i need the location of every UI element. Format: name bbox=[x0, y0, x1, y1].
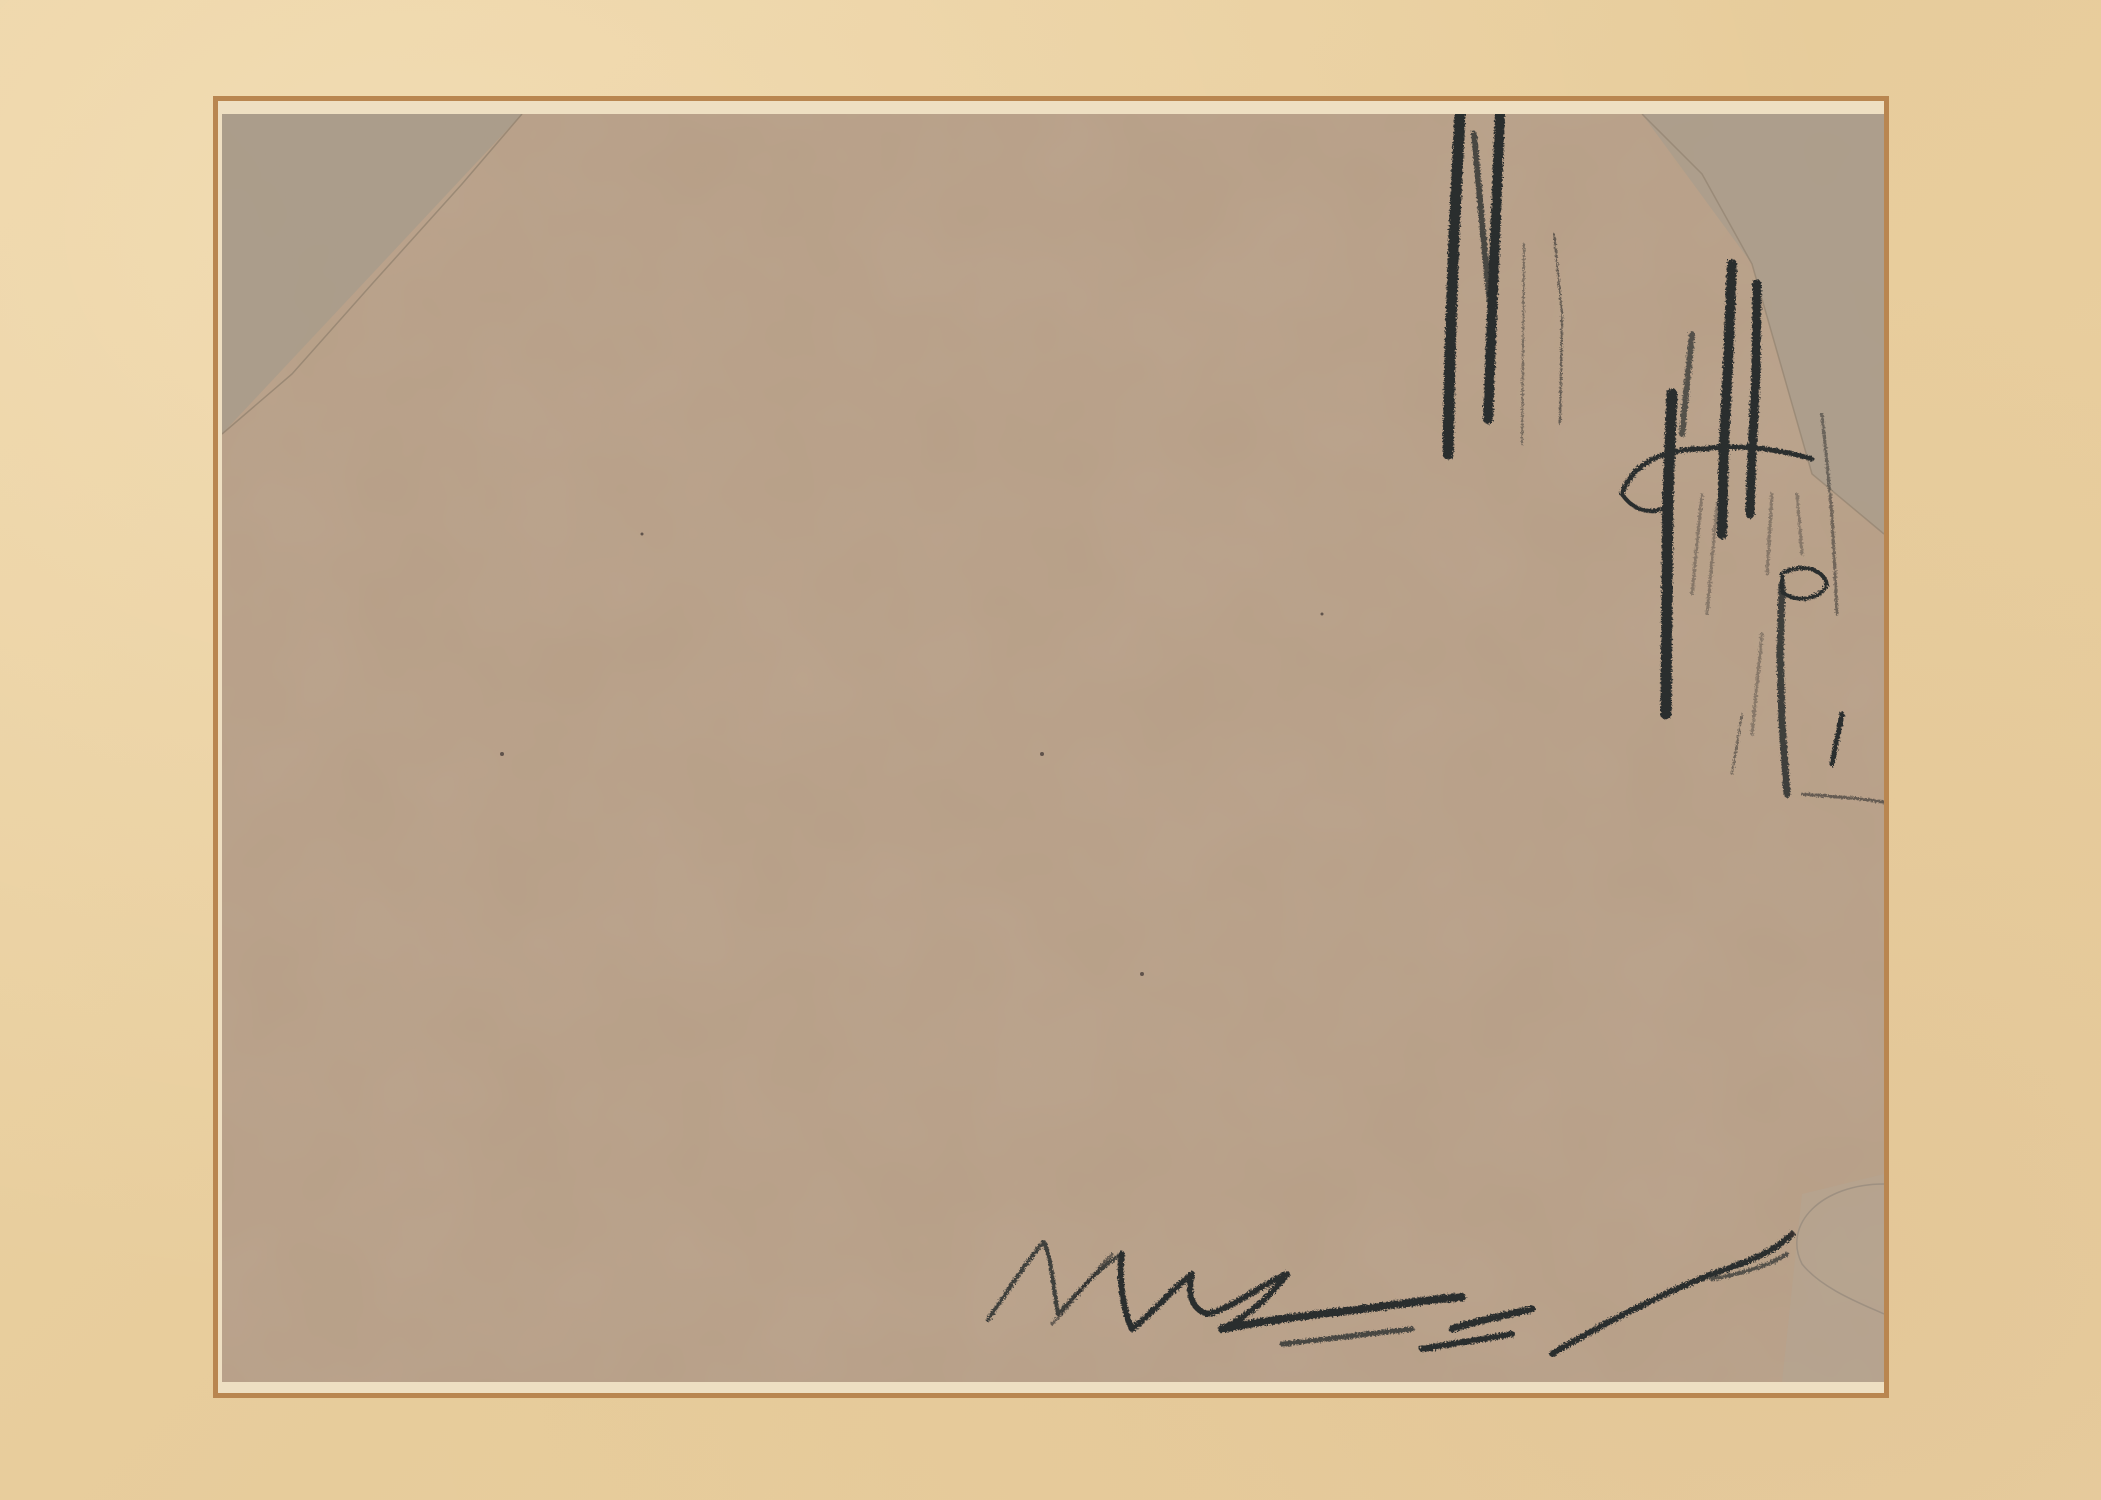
artwork-paper bbox=[222, 114, 1884, 1382]
